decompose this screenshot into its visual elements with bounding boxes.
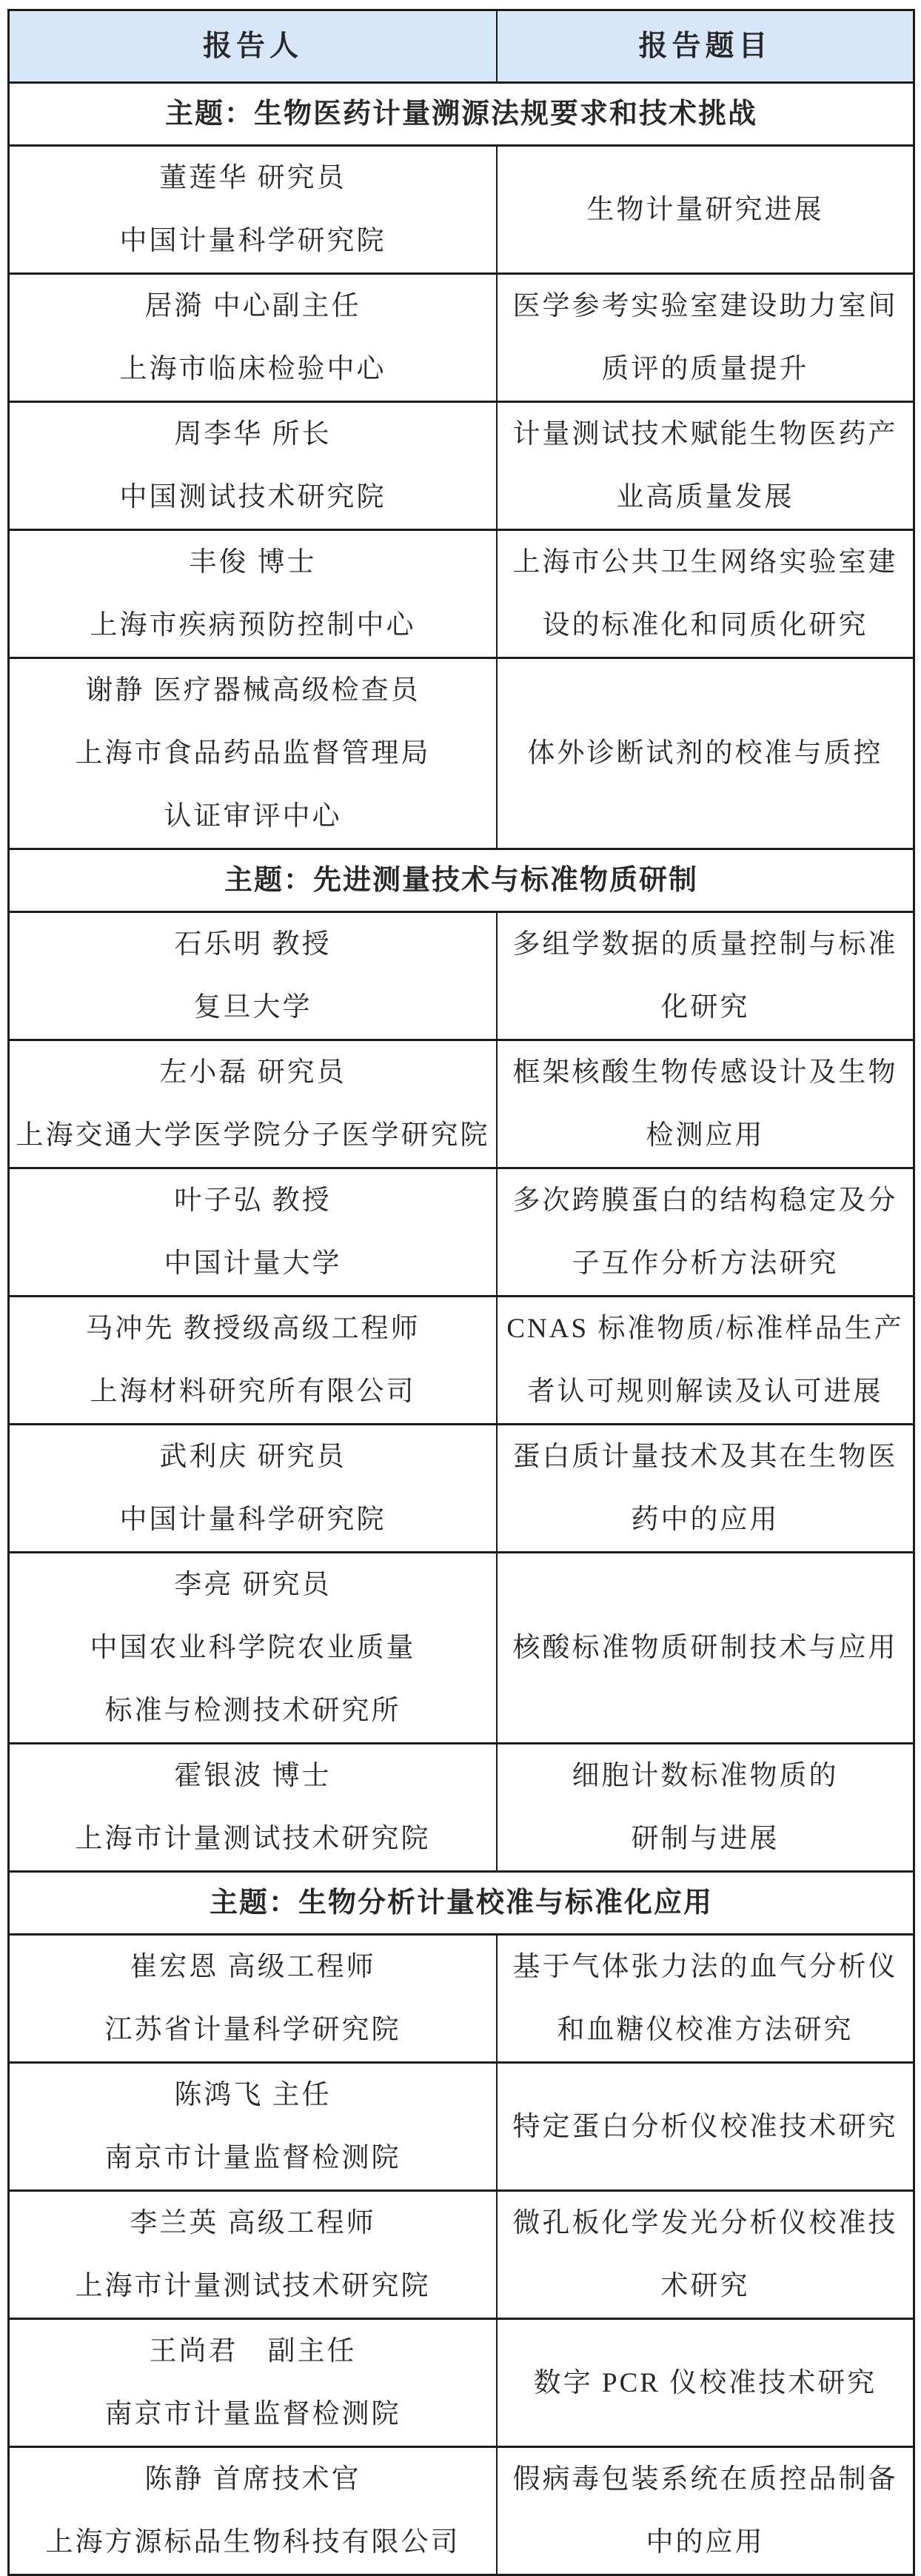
table-row: 武利庆 研究员 中国计量科学研究院 蛋白质计量技术及其在生物医 药中的应用: [10, 1423, 913, 1551]
topic-cell: 细胞计数标准物质的 研制与进展: [498, 1744, 913, 1870]
table-row: 李兰英 高级工程师 上海市计量测试技术研究院 微孔板化学发光分析仪校准技 术研究: [10, 2189, 913, 2318]
section-heading-row: 主题：生物医药计量溯源法规要求和技术挑战: [10, 81, 913, 144]
topic-cell: 核酸标准物质研制技术与应用: [498, 1553, 913, 1742]
table-row: 霍银波 博士 上海市计量测试技术研究院 细胞计数标准物质的 研制与进展: [10, 1742, 913, 1870]
topic-cell: 框架核酸生物传感设计及生物 检测应用: [498, 1041, 913, 1167]
table-row: 陈鸿飞 主任 南京市计量监督检测院 特定蛋白分析仪校准技术研究: [10, 2061, 913, 2189]
speaker-cell: 霍银波 博士 上海市计量测试技术研究院: [10, 1744, 498, 1870]
speaker-cell: 陈静 首席技术官 上海方源标品生物科技有限公司: [10, 2448, 498, 2574]
section-heading-row: 主题：生物分析计量校准与标准化应用: [10, 1870, 913, 1933]
speaker-cell: 左小磊 研究员 上海交通大学医学院分子医学研究院: [10, 1041, 498, 1167]
topic-cell: 特定蛋白分析仪校准技术研究: [498, 2064, 913, 2189]
speaker-cell: 谢静 医疗器械高级检查员 上海市食品药品监督管理局 认证审评中心: [10, 659, 498, 848]
speaker-cell: 李亮 研究员 中国农业科学院农业质量 标准与检测技术研究所: [10, 1553, 498, 1742]
speaker-cell: 马冲先 教授级高级工程师 上海材料研究所有限公司: [10, 1297, 498, 1423]
topic-cell: 蛋白质计量技术及其在生物医 药中的应用: [498, 1425, 913, 1551]
topic-cell: 微孔板化学发光分析仪校准技 术研究: [498, 2192, 913, 2318]
topic-cell: 体外诊断试剂的校准与质控: [498, 659, 913, 848]
page: 报告人 报告题目 主题：生物医药计量溯源法规要求和技术挑战 董莲华 研究员 中国…: [0, 0, 921, 2572]
table-row: 丰俊 博士 上海市疾病预防控制中心 上海市公共卫生网络实验室建 设的标准化和同质…: [10, 529, 913, 657]
header-cell-speaker: 报告人: [10, 11, 498, 81]
section-heading: 主题：生物分析计量校准与标准化应用: [10, 1873, 913, 1933]
section-heading: 主题：先进测量技术与标准物质研制: [10, 850, 913, 911]
topic-cell: 基于气体张力法的血气分析仪 和血糖仪校准方法研究: [498, 1936, 913, 2061]
table-row: 王尚君 副主任 南京市计量监督检测院 数字 PCR 仪校准技术研究: [10, 2318, 913, 2446]
section-heading-row: 主题：先进测量技术与标准物质研制: [10, 848, 913, 911]
speaker-cell: 李兰英 高级工程师 上海市计量测试技术研究院: [10, 2192, 498, 2318]
section-heading: 主题：生物医药计量溯源法规要求和技术挑战: [10, 84, 913, 144]
speaker-cell: 王尚君 副主任 南京市计量监督检测院: [10, 2320, 498, 2446]
topic-cell: CNAS 标准物质/标准样品生产 者认可规则解读及认可进展: [498, 1297, 913, 1423]
table-row: 左小磊 研究员 上海交通大学医学院分子医学研究院 框架核酸生物传感设计及生物 检…: [10, 1039, 913, 1167]
table-row: 叶子弘 教授 中国计量大学 多次跨膜蛋白的结构稳定及分 子互作分析方法研究: [10, 1167, 913, 1295]
topic-cell: 多组学数据的质量控制与标准 化研究: [498, 913, 913, 1039]
speaker-cell: 武利庆 研究员 中国计量科学研究院: [10, 1425, 498, 1551]
topic-cell: 数字 PCR 仪校准技术研究: [498, 2320, 913, 2446]
topic-cell: 上海市公共卫生网络实验室建 设的标准化和同质化研究: [498, 531, 913, 657]
table-row: 李亮 研究员 中国农业科学院农业质量 标准与检测技术研究所 核酸标准物质研制技术…: [10, 1551, 913, 1742]
topic-cell: 医学参考实验室建设助力室间 质评的质量提升: [498, 275, 913, 401]
report-schedule-table: 报告人 报告题目 主题：生物医药计量溯源法规要求和技术挑战 董莲华 研究员 中国…: [7, 9, 915, 2576]
topic-cell: 假病毒包装系统在质控品制备 中的应用: [498, 2448, 913, 2574]
speaker-cell: 董莲华 研究员 中国计量科学研究院: [10, 147, 498, 272]
table-row: 董莲华 研究员 中国计量科学研究院 生物计量研究进展: [10, 144, 913, 272]
topic-cell: 计量测试技术赋能生物医药产 业高质量发展: [498, 403, 913, 529]
table-header-row: 报告人 报告题目: [10, 11, 913, 81]
speaker-cell: 周李华 所长 中国测试技术研究院: [10, 403, 498, 529]
topic-cell: 生物计量研究进展: [498, 147, 913, 272]
speaker-cell: 丰俊 博士 上海市疾病预防控制中心: [10, 531, 498, 657]
table-row: 居漪 中心副主任 上海市临床检验中心 医学参考实验室建设助力室间 质评的质量提升: [10, 272, 913, 401]
speaker-cell: 石乐明 教授 复旦大学: [10, 913, 498, 1039]
topic-cell: 多次跨膜蛋白的结构稳定及分 子互作分析方法研究: [498, 1169, 913, 1295]
table-row: 石乐明 教授 复旦大学 多组学数据的质量控制与标准 化研究: [10, 911, 913, 1039]
table-row: 周李华 所长 中国测试技术研究院 计量测试技术赋能生物医药产 业高质量发展: [10, 401, 913, 529]
header-cell-topic: 报告题目: [498, 11, 913, 81]
speaker-cell: 崔宏恩 高级工程师 江苏省计量科学研究院: [10, 1936, 498, 2061]
speaker-cell: 居漪 中心副主任 上海市临床检验中心: [10, 275, 498, 401]
table-row: 谢静 医疗器械高级检查员 上海市食品药品监督管理局 认证审评中心 体外诊断试剂的…: [10, 657, 913, 848]
table-row: 陈静 首席技术官 上海方源标品生物科技有限公司 假病毒包装系统在质控品制备 中的…: [10, 2446, 913, 2574]
speaker-cell: 叶子弘 教授 中国计量大学: [10, 1169, 498, 1295]
table-row: 崔宏恩 高级工程师 江苏省计量科学研究院 基于气体张力法的血气分析仪 和血糖仪校…: [10, 1933, 913, 2061]
table-row: 马冲先 教授级高级工程师 上海材料研究所有限公司 CNAS 标准物质/标准样品生…: [10, 1295, 913, 1423]
speaker-cell: 陈鸿飞 主任 南京市计量监督检测院: [10, 2064, 498, 2189]
